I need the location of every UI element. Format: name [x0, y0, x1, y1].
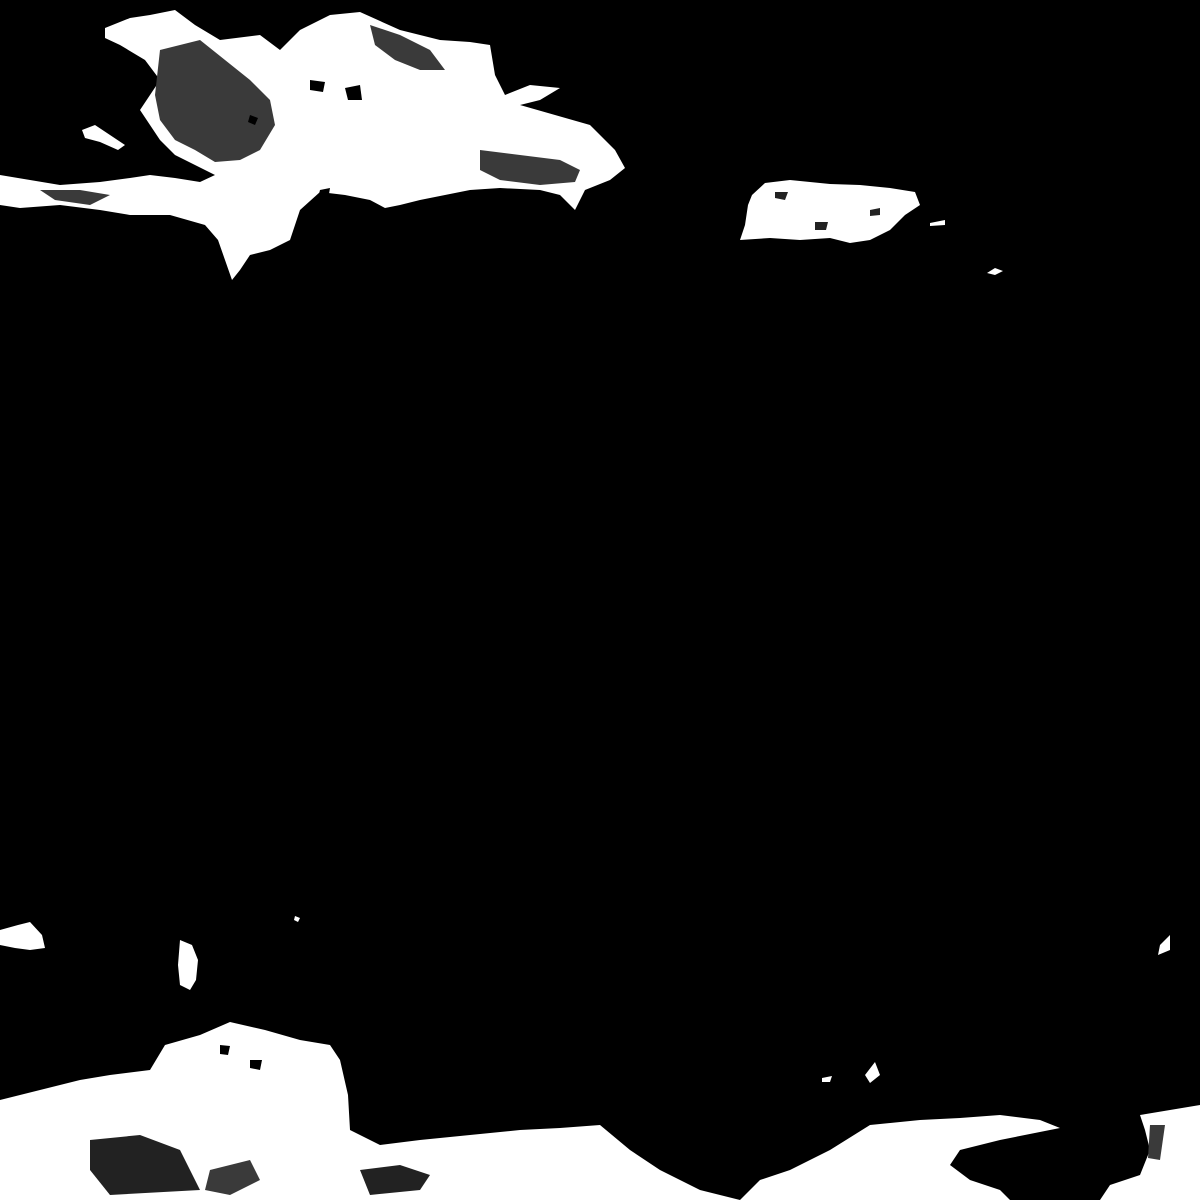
- map-canvas: [0, 0, 1200, 1200]
